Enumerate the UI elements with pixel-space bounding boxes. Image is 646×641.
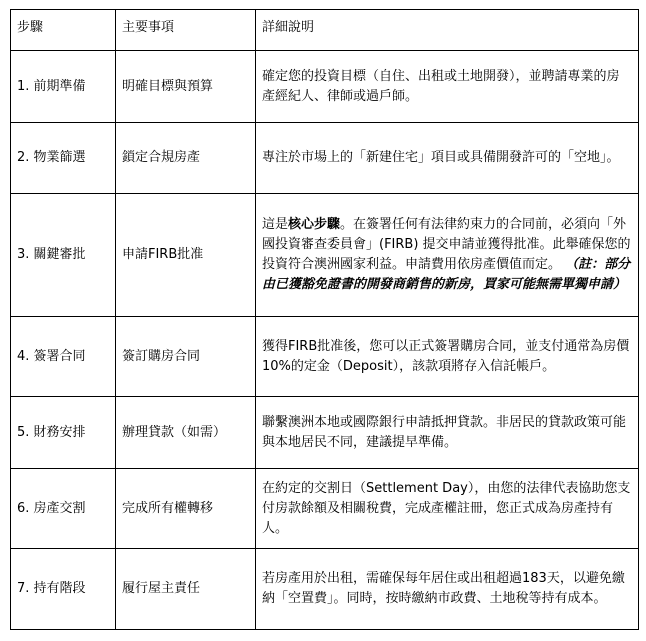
header-task: 主要事項 <box>116 10 256 51</box>
header-detail: 詳細說明 <box>256 10 639 51</box>
detail-cell: 若房產用於出租，需確保每年居住或出租超過183天，以避免繳納「空置費」。同時，按… <box>256 549 639 630</box>
header-step: 步驟 <box>11 10 116 51</box>
table-row: 4. 簽署合同 簽訂購房合同 獲得FIRB批准後，您可以正式簽署購房合同，並支付… <box>11 317 639 397</box>
table-row: 7. 持有階段 履行屋主責任 若房產用於出租，需確保每年居住或出租超過183天，… <box>11 549 639 630</box>
detail-text: 這是 <box>262 217 288 232</box>
step-cell: 4. 簽署合同 <box>11 317 116 397</box>
table-row: 6. 房產交割 完成所有權轉移 在約定的交割日（Settlement Day），… <box>11 469 639 549</box>
task-cell: 簽訂購房合同 <box>116 317 256 397</box>
table-row: 2. 物業篩選 鎖定合規房產 專注於市場上的「新建住宅」項目或具備開發許可的「空… <box>11 123 639 194</box>
step-cell: 5. 財務安排 <box>11 397 116 469</box>
detail-cell: 獲得FIRB批准後，您可以正式簽署購房合同，並支付通常為房價10%的定金（Dep… <box>256 317 639 397</box>
step-cell: 7. 持有階段 <box>11 549 116 630</box>
purchase-steps-table: 步驟 主要事項 詳細說明 1. 前期準備 明確目標與預算 確定您的投資目標（自住… <box>10 9 639 630</box>
task-cell: 明確目標與預算 <box>116 51 256 123</box>
step-cell: 3. 關鍵審批 <box>11 194 116 317</box>
task-cell: 鎖定合規房產 <box>116 123 256 194</box>
task-cell: 申請FIRB批准 <box>116 194 256 317</box>
task-cell: 辦理貸款（如需） <box>116 397 256 469</box>
detail-cell: 專注於市場上的「新建住宅」項目或具備開發許可的「空地」。 <box>256 123 639 194</box>
detail-cell: 這是核心步驟。在簽署任何有法律約束力的合同前，必須向「外國投資審查委員會」(FI… <box>256 194 639 317</box>
detail-emphasis: 核心步驟 <box>288 217 340 232</box>
step-cell: 6. 房產交割 <box>11 469 116 549</box>
detail-cell: 在約定的交割日（Settlement Day），由您的法律代表協助您支付房款餘額… <box>256 469 639 549</box>
task-cell: 完成所有權轉移 <box>116 469 256 549</box>
table-row: 3. 關鍵審批 申請FIRB批准 這是核心步驟。在簽署任何有法律約束力的合同前，… <box>11 194 639 317</box>
detail-cell: 確定您的投資目標（自住、出租或土地開發），並聘請專業的房產經紀人、律師或過戶師。 <box>256 51 639 123</box>
table-row: 1. 前期準備 明確目標與預算 確定您的投資目標（自住、出租或土地開發），並聘請… <box>11 51 639 123</box>
table-header-row: 步驟 主要事項 詳細說明 <box>11 10 639 51</box>
detail-cell: 聯繫澳洲本地或國際銀行申請抵押貸款。非居民的貸款政策可能與本地居民不同，建議提早… <box>256 397 639 469</box>
task-cell: 履行屋主責任 <box>116 549 256 630</box>
step-cell: 2. 物業篩選 <box>11 123 116 194</box>
step-cell: 1. 前期準備 <box>11 51 116 123</box>
table-row: 5. 財務安排 辦理貸款（如需） 聯繫澳洲本地或國際銀行申請抵押貸款。非居民的貸… <box>11 397 639 469</box>
